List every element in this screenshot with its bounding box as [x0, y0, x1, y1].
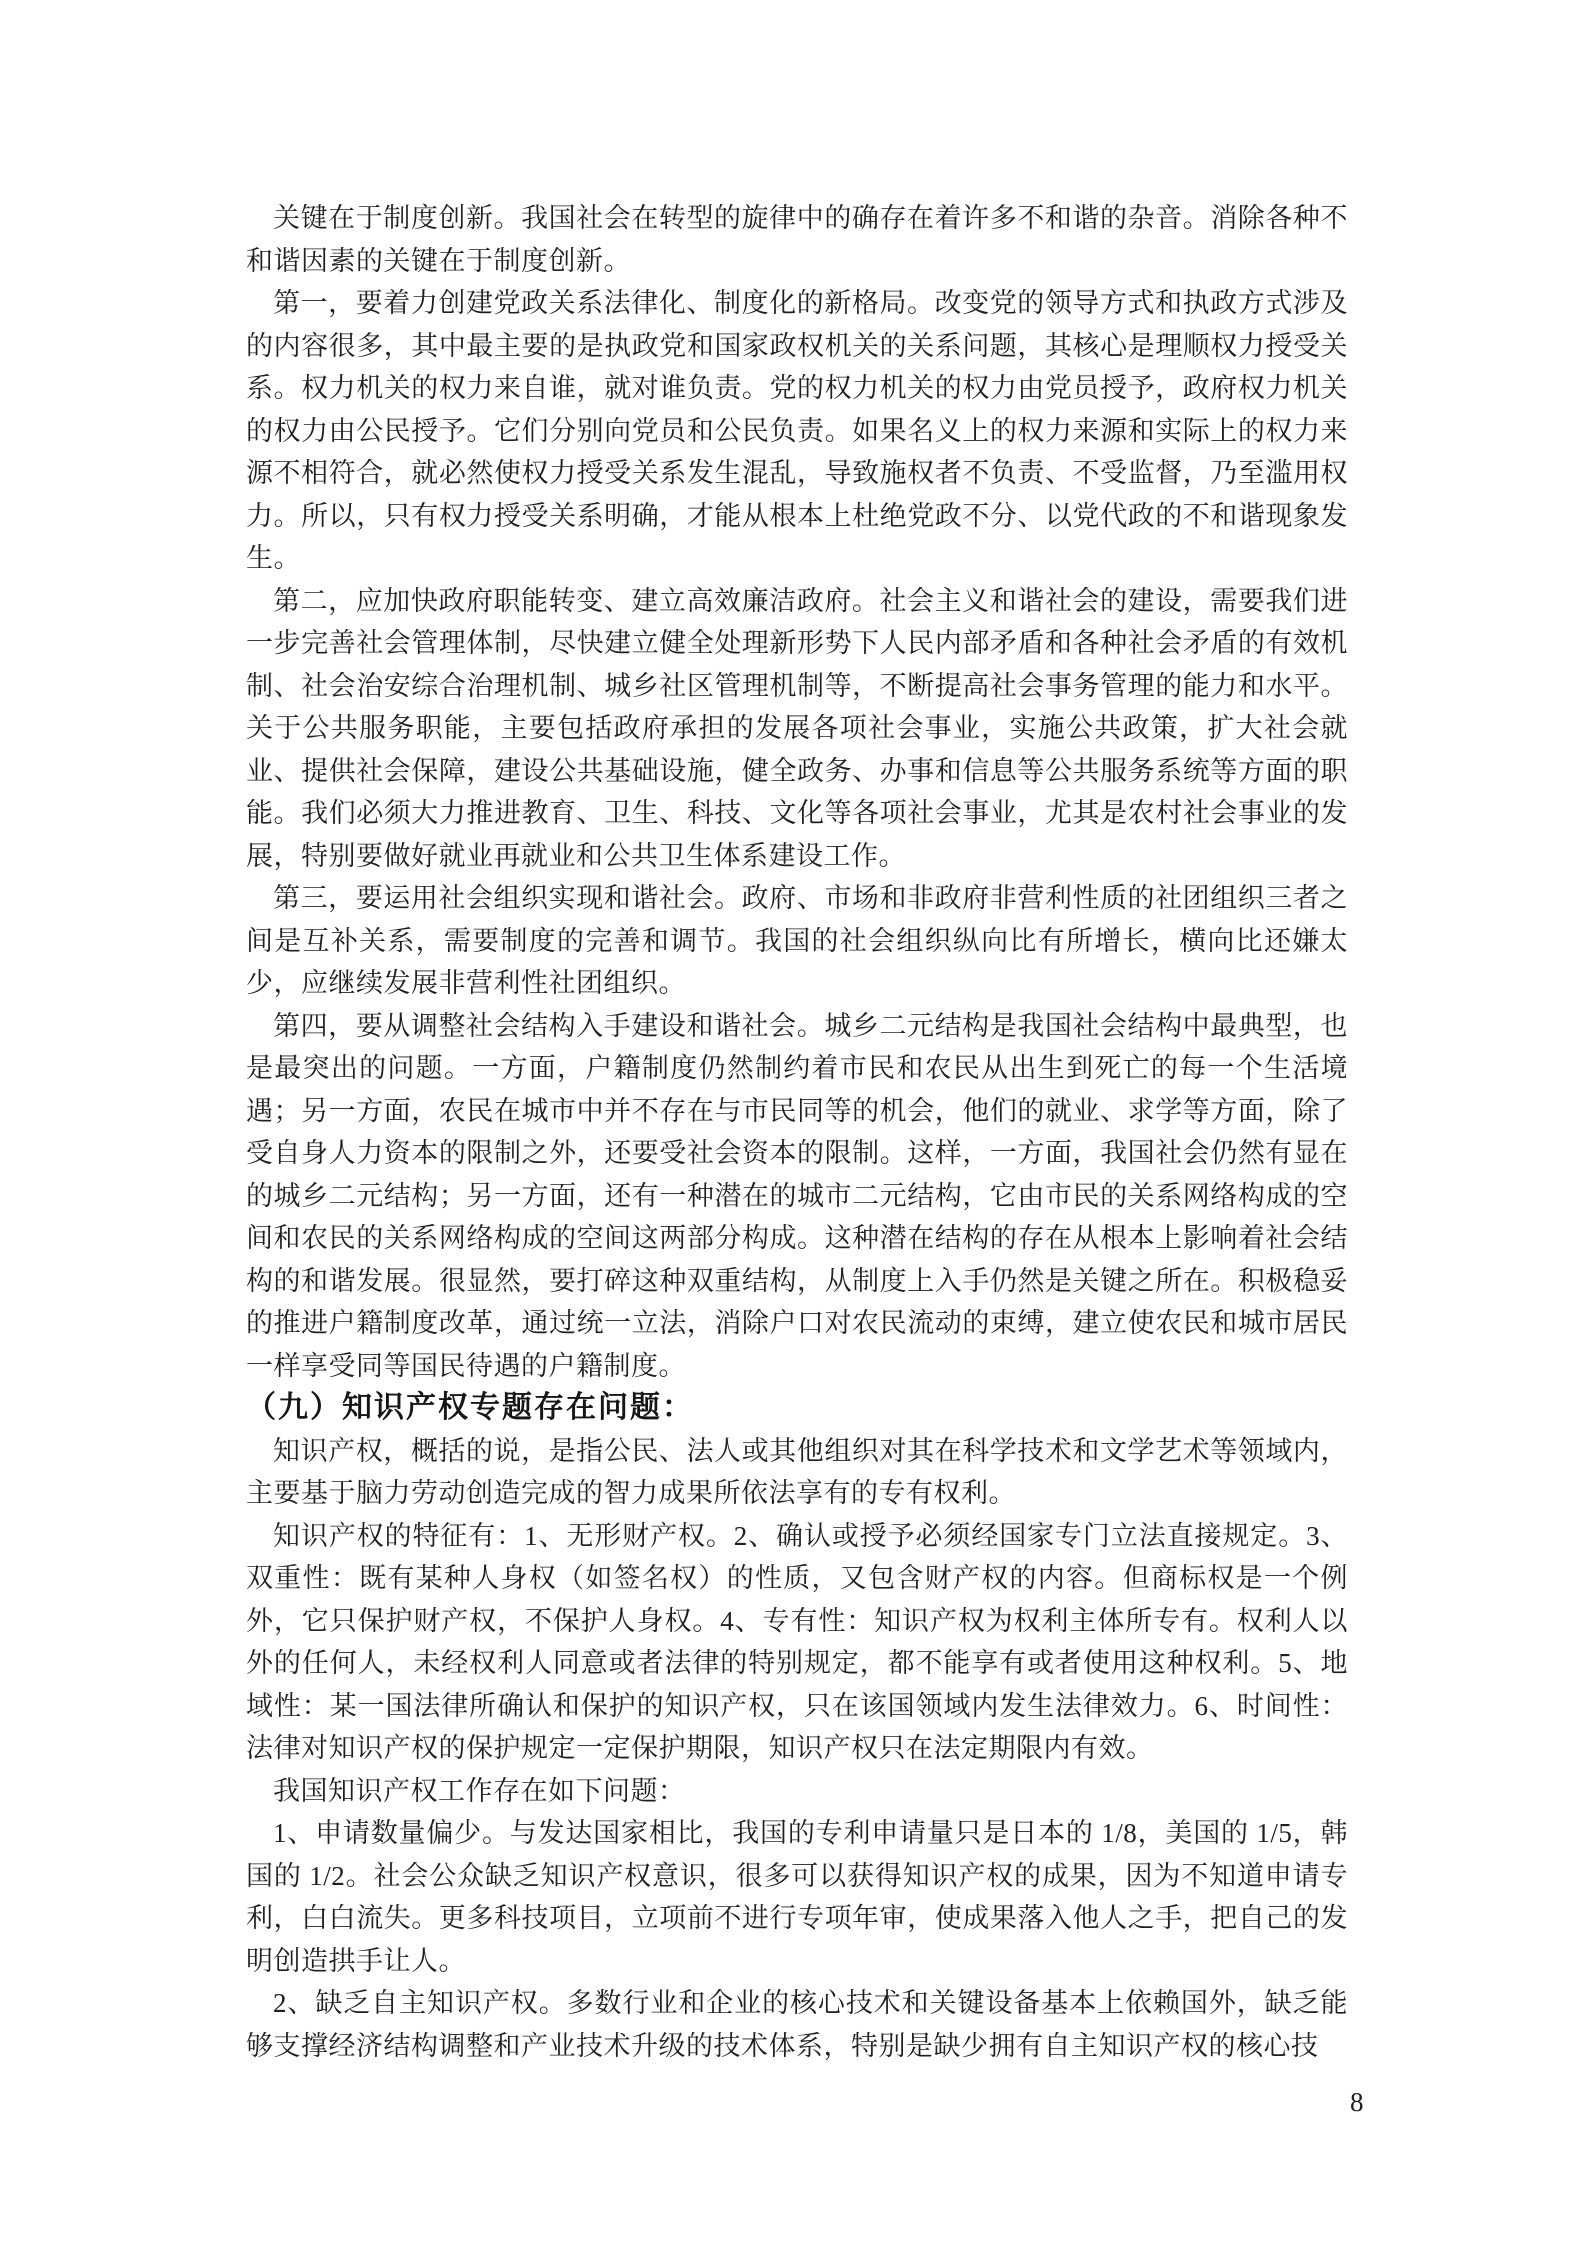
paragraph-ip-problem-2: 2、缺乏自主知识产权。多数行业和企业的核心技术和关键设备基本上依赖国外，缺乏能够…: [246, 1982, 1348, 2067]
paragraph-ip-definition: 知识产权，概括的说，是指公民、法人或其他组织对其在科学技术和文学艺术等领域内，主…: [246, 1430, 1348, 1515]
paragraph-ip-problem-1: 1、申请数量偏少。与发达国家相比，我国的专利申请量只是日本的 1/8，美国的 1…: [246, 1812, 1348, 1982]
paragraph-ip-problems-lead: 我国知识产权工作存在如下问题：: [246, 1770, 1348, 1813]
paragraph-intro: 关键在于制度创新。我国社会在转型的旋律中的确存在着许多不和谐的杂音。消除各种不和…: [246, 197, 1348, 282]
document-body: 关键在于制度创新。我国社会在转型的旋律中的确存在着许多不和谐的杂音。消除各种不和…: [246, 197, 1348, 2067]
paragraph-ip-characteristics: 知识产权的特征有：1、无形财产权。2、确认或授予必须经国家专门立法直接规定。3、…: [246, 1515, 1348, 1770]
paragraph-second-point: 第二，应加快政府职能转变、建立高效廉洁政府。社会主义和谐社会的建设，需要我们进一…: [246, 580, 1348, 878]
paragraph-fourth-point: 第四，要从调整社会结构入手建设和谐社会。城乡二元结构是我国社会结构中最典型，也是…: [246, 1005, 1348, 1388]
section-heading-ip-issues: （九）知识产权专题存在问题：: [246, 1387, 1348, 1430]
document-page: 关键在于制度创新。我国社会在转型的旋律中的确存在着许多不和谐的杂音。消除各种不和…: [0, 0, 1594, 2252]
paragraph-third-point: 第三，要运用社会组织实现和谐社会。政府、市场和非政府非营利性质的社团组织三者之间…: [246, 877, 1348, 1005]
page-number: 8: [1350, 2086, 1364, 2118]
paragraph-first-point: 第一，要着力创建党政关系法律化、制度化的新格局。改变党的领导方式和执政方式涉及的…: [246, 282, 1348, 580]
